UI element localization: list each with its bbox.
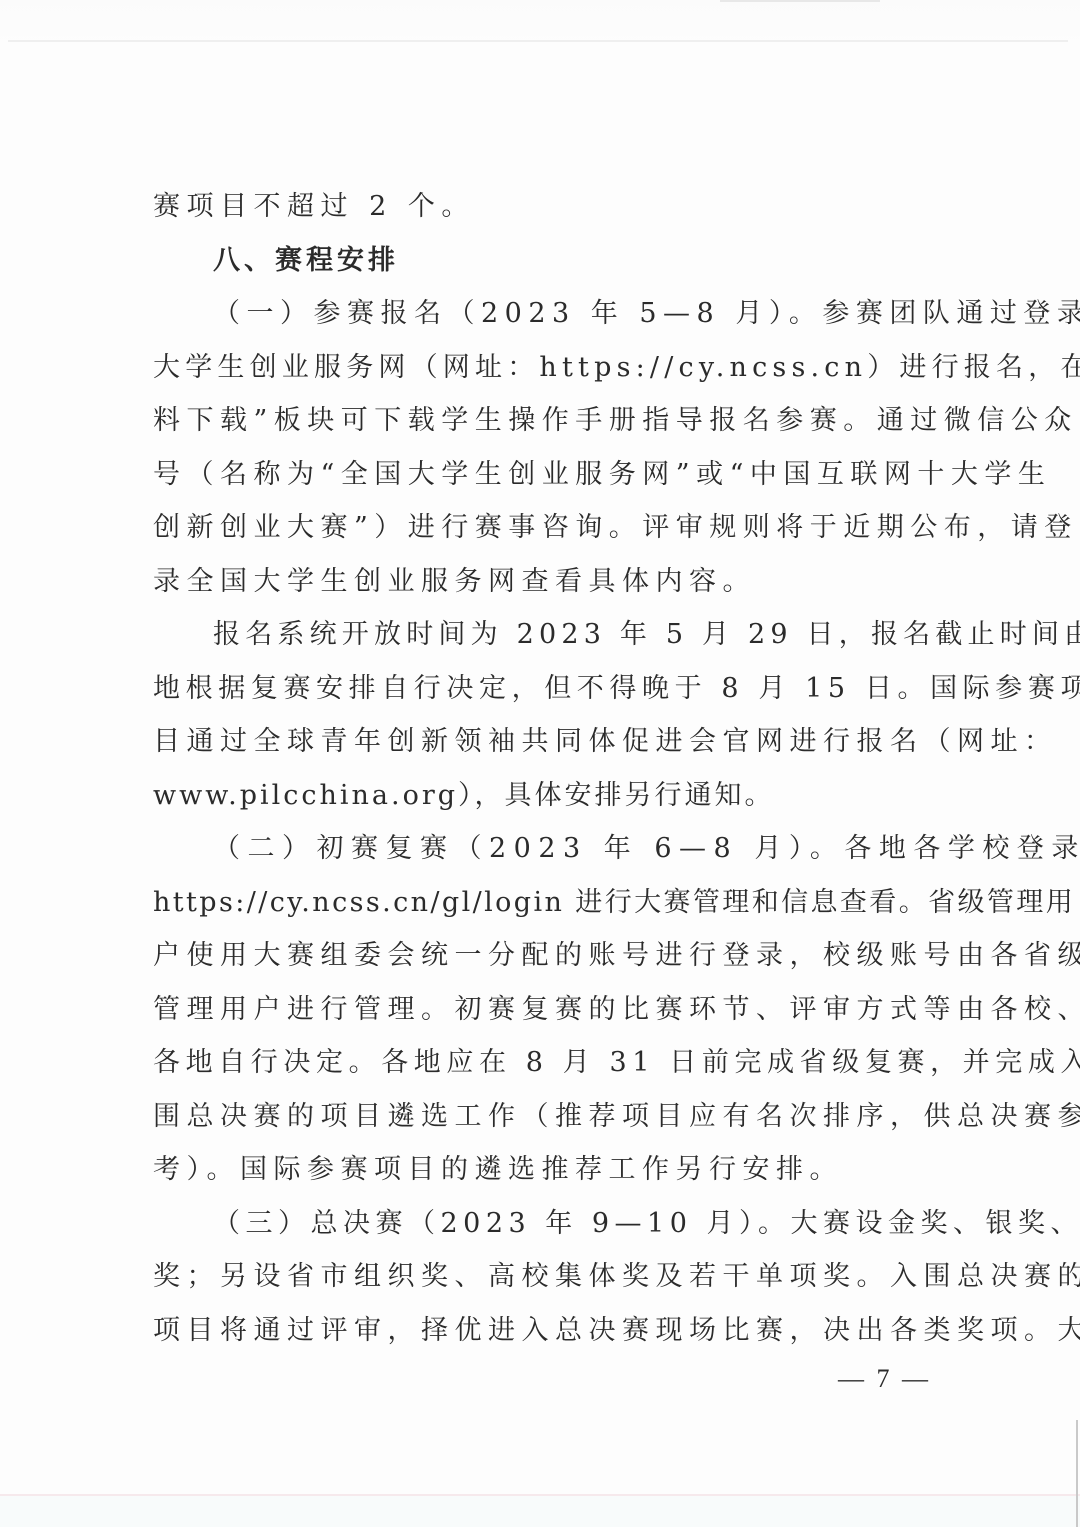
scan-artifact-line [8, 40, 1068, 42]
paragraph-line: 号（名称为“全国大学生创业服务网”或“中国互联网十大学生 [153, 448, 958, 502]
paragraph-line: 料下载”板块可下载学生操作手册指导报名参赛。通过微信公众 [153, 394, 958, 448]
paragraph-line: 各地自行决定。各地应在 8 月 31 日前完成省级复赛，并完成入 [153, 1036, 958, 1090]
paragraph-line: 户使用大赛组委会统一分配的账号进行登录，校级账号由各省级 [153, 929, 958, 983]
paragraph-line: 地根据复赛安排自行决定，但不得晚于 8 月 15 日。国际参赛项 [153, 662, 958, 716]
paragraph-line: 项目将通过评审，择优进入总决赛现场比赛，决出各类奖项。大 [153, 1304, 958, 1358]
paragraph-line: 报名系统开放时间为 2023 年 5 月 29 日，报名截止时间由各 [153, 608, 958, 662]
paragraph-line: 录全国大学生创业服务网查看具体内容。 [153, 555, 958, 609]
scan-bottom-margin [0, 1494, 1080, 1527]
paragraph-line: 目通过全球青年创新领袖共同体促进会官网进行报名（网址： [153, 715, 958, 769]
paragraph-line: （一）参赛报名（2023 年 5—8 月）。参赛团队通过登录全国 [153, 287, 958, 341]
paragraph-line: 管理用户进行管理。初赛复赛的比赛环节、评审方式等由各校、 [153, 983, 958, 1037]
page-number: — 7 — [838, 1364, 931, 1394]
paragraph-line: （三）总决赛（2023 年 9—10 月）。大赛设金奖、银奖、铜 [153, 1197, 958, 1251]
paragraph-line: 奖；另设省市组织奖、高校集体奖及若干单项奖。入围总决赛的 [153, 1250, 958, 1304]
paragraph-line: www.pilcchina.org），具体安排另行通知。 [153, 769, 958, 823]
paragraph-line: 赛项目不超过 2 个。 [153, 180, 958, 234]
scan-artifact-line [720, 0, 880, 2]
paragraph-line: https://cy.ncss.cn/gl/login 进行大赛管理和信息查看。… [153, 876, 958, 930]
paragraph-line: 考）。国际参赛项目的遴选推荐工作另行安排。 [153, 1143, 958, 1197]
scan-edge-line [1076, 1420, 1078, 1527]
section-heading: 八、赛程安排 [153, 234, 958, 288]
scan-top-margin [0, 0, 1080, 46]
paragraph-line: 围总决赛的项目遴选工作（推荐项目应有名次排序，供总决赛参 [153, 1090, 958, 1144]
paragraph-line: （二）初赛复赛（2023 年 6—8 月）。各地各学校登录 [153, 822, 958, 876]
paragraph-line: 创新创业大赛”）进行赛事咨询。评审规则将于近期公布，请登 [153, 501, 958, 555]
document-page-body: 赛项目不超过 2 个。 八、赛程安排 （一）参赛报名（2023 年 5—8 月）… [153, 180, 958, 1357]
paragraph-line: 大学生创业服务网（网址：https://cy.ncss.cn）进行报名，在“资 [153, 341, 958, 395]
